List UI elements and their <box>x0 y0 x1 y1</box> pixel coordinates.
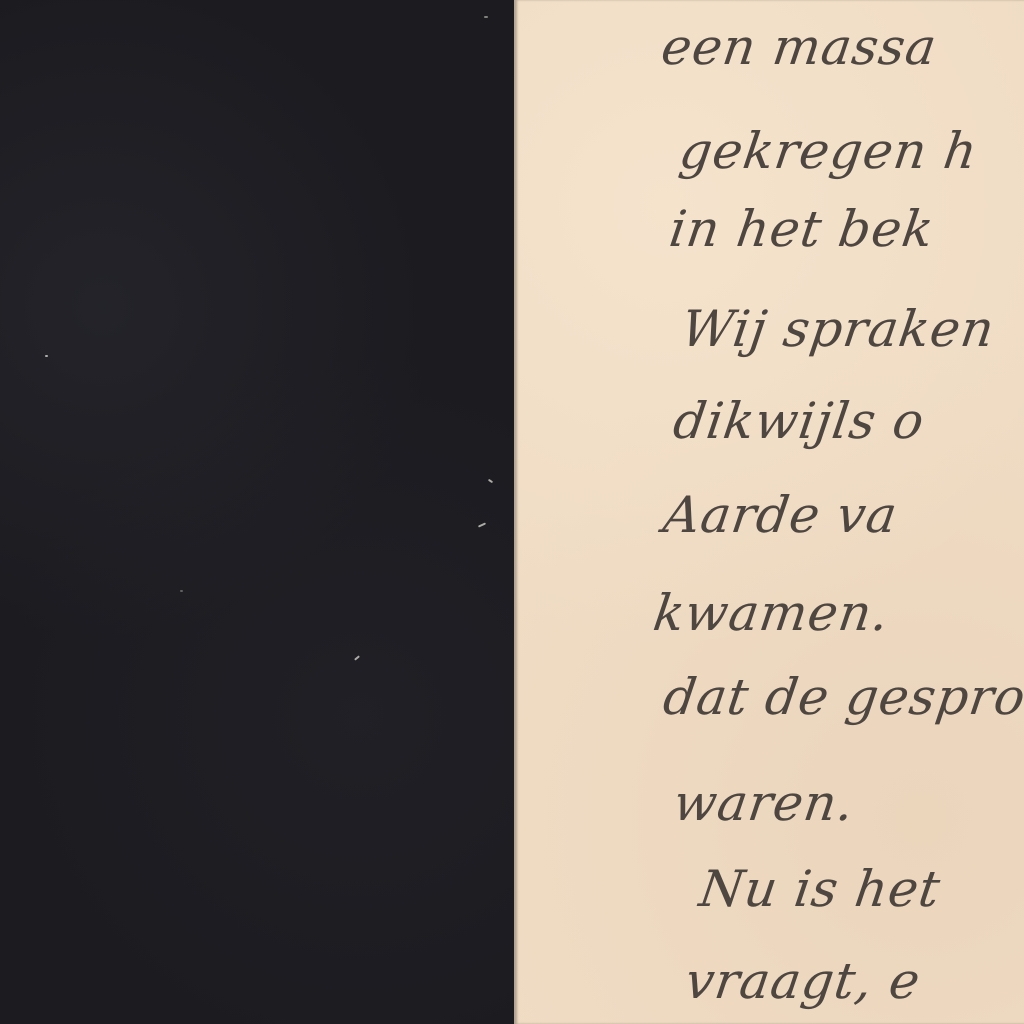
lint-fleck <box>45 355 48 357</box>
handwritten-line: Aarde va <box>660 486 902 544</box>
lint-fleck <box>478 522 486 527</box>
handwritten-line: dat de gespro <box>660 668 1024 726</box>
black-felt-background <box>0 0 514 1024</box>
photo-stage: een massa gekregen h in het bek Wij spra… <box>0 0 1024 1024</box>
lint-fleck <box>354 655 360 660</box>
lint-fleck <box>484 16 488 18</box>
lint-fleck <box>180 590 183 592</box>
handwritten-line: kwamen. <box>650 584 893 642</box>
handwritten-line: in het bek <box>666 200 938 258</box>
handwritten-line: dikwijls o <box>670 392 928 450</box>
handwritten-line: een massa <box>658 18 941 76</box>
handwritten-line: Wij spraken <box>678 300 999 358</box>
handwritten-line: waren. <box>670 774 858 832</box>
handwritten-line: Nu is het <box>696 860 944 918</box>
handwritten-line: gekregen h <box>676 122 981 180</box>
handwritten-line: vraagt, e <box>682 952 924 1010</box>
letter-page: een massa gekregen h in het bek Wij spra… <box>514 0 1024 1024</box>
lint-fleck <box>488 479 493 484</box>
